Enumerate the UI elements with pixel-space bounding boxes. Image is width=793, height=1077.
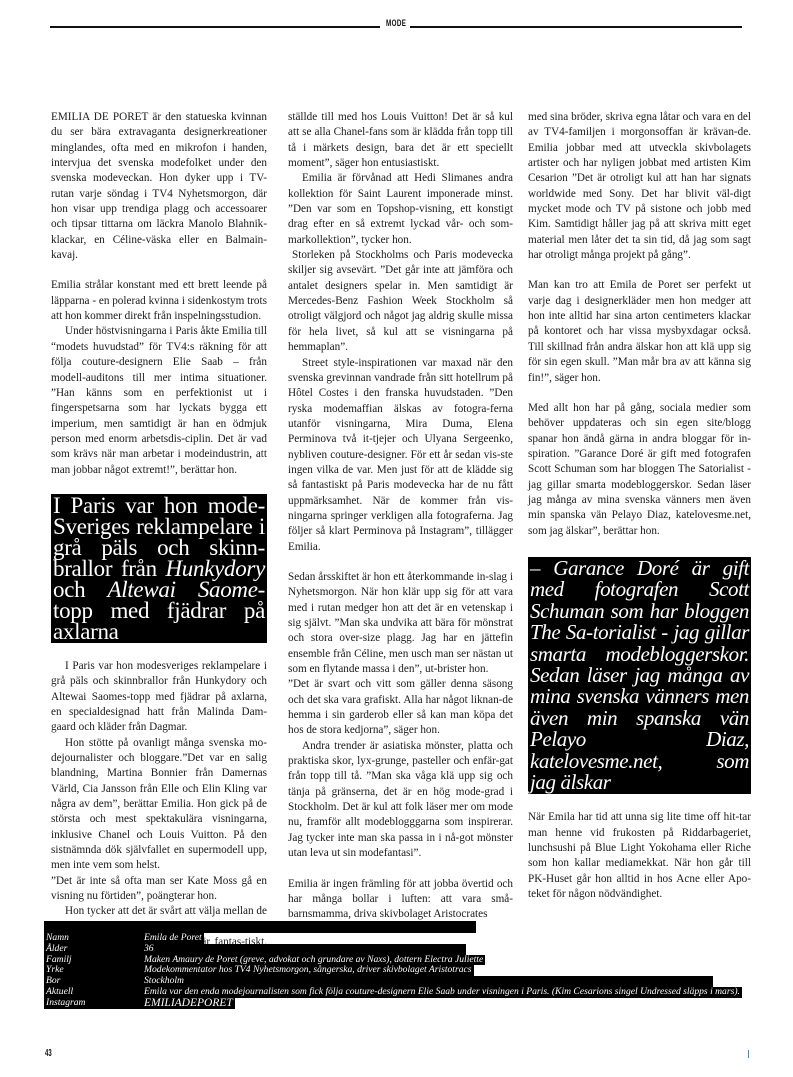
article-column-2: ställde till med hos Louis Vuitton! Det … (288, 110, 513, 923)
pull-quote: I Paris var hon mode-Sveriges reklampela… (51, 494, 267, 643)
page-number: 43 (45, 1048, 52, 1059)
fact-box: NamnEmila de Poret Ålder36 FamiljMaken A… (44, 921, 742, 1009)
paragraph: Hon stötte på ovanligt många svenska mo-… (51, 736, 267, 874)
fact-label: Instagram (44, 998, 144, 1009)
paragraph: ställde till med hos Louis Vuitton! Det … (288, 110, 513, 171)
fact-value: Emila var den enda modejournalisten som … (144, 987, 742, 998)
paragraph: När Emila har tid att unna sig lite time… (528, 810, 751, 902)
fact-value: 36 (144, 944, 466, 955)
paragraph: Emilia är förvånad att Hedi Slimanes and… (288, 171, 513, 248)
paragraph: Street style-inspirationen var maxad när… (288, 356, 513, 555)
header-rule-right (410, 26, 742, 28)
article-column-3: med sina bröder, skriva egna låtar och v… (528, 110, 751, 902)
paragraph: Storleken på Stockholms och Paris modeve… (288, 248, 513, 355)
pull-quote-tail: jag älskar (530, 772, 611, 793)
lead-paragraph: EMILIA DE PORET är den statueska kvinnan… (51, 110, 267, 263)
pull-quote-text: – Garance Doré är gift med fotografen Sc… (530, 556, 749, 773)
paragraph: Emilia strålar konstant med ett brett le… (51, 278, 267, 324)
fact-label: Ålder (44, 944, 144, 955)
pull-quote: – Garance Doré är gift med fotografen Sc… (528, 557, 751, 794)
paragraph: I Paris var hon modesveriges reklampelar… (51, 659, 267, 736)
paragraph: ”Det är svart och vitt som gäller denna … (288, 677, 513, 738)
fact-row-age: Ålder36 (44, 944, 742, 955)
paragraph: Man kan tro att Emila de Poret ser perfe… (528, 278, 751, 385)
paragraph: Med allt hon har på gång, sociala medier… (528, 401, 751, 539)
paragraph: Emilia är ingen främling för att jobba ö… (288, 877, 513, 923)
fact-box-top-bar (44, 921, 476, 933)
page-edge-mark (748, 1050, 749, 1058)
header-rule-left-ext (50, 26, 380, 28)
article-column-1: EMILIA DE PORET är den statueska kvinnan… (51, 110, 267, 981)
paragraph: Andra trender är asiatiska mönster, plat… (288, 739, 513, 862)
paragraph: Under höstvisningarna i Paris åkte Emili… (51, 324, 267, 477)
paragraph: med sina bröder, skriva egna låtar och v… (528, 110, 751, 263)
fact-value: EMILIADEPORET (144, 998, 235, 1009)
paragraph: Sedan årsskiftet är hon ett återkommande… (288, 570, 513, 677)
fact-value: Modekommentator hos TV4 Nyhetsmorgon, så… (144, 965, 474, 976)
fact-row-instagram: InstagramEMILIADEPORET (44, 998, 742, 1009)
paragraph: ”Det är inte så ofta man ser Kate Moss g… (51, 874, 267, 905)
section-title: MODE (386, 18, 406, 28)
